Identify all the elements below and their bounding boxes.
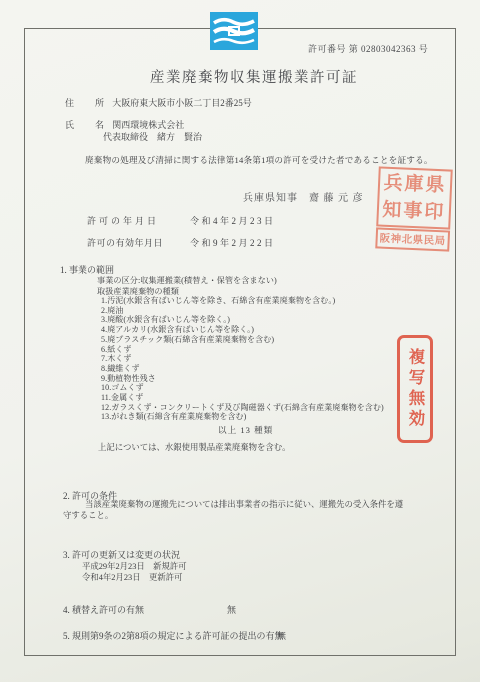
seal-line2: 知事印 <box>382 201 446 223</box>
conditions-body: 当該産業廃棄物の運搬先については排出事業者の指示に従い、運搬先の受入条件を遵守す… <box>63 500 411 521</box>
list-item: 2.廃油 <box>101 306 384 316</box>
waste-types-total: 以上 13 種類 <box>218 424 273 436</box>
copy-invalid-stamp: 複写無効 <box>397 335 433 443</box>
mercury-note: 上記については、水銀使用製品産業廃棄物を含む。 <box>98 441 290 453</box>
section4-heading: 4. 積替え許可の有無 <box>63 603 144 616</box>
list-item: 3.廃酸(水銀含有ばいじん等を除く。) <box>101 315 384 325</box>
valid-date-value: 令和9年2月22日 <box>190 236 276 249</box>
document-title: 産業廃棄物収集運搬業許可証 <box>24 66 480 87</box>
valid-date-label: 許可の有効年月日 <box>87 236 163 249</box>
seal-line1: 兵庫県 <box>383 174 447 196</box>
name-value: 関西環境株式会社 <box>112 120 184 130</box>
permit-number: 許可番号 第 02803042363 号 <box>308 42 428 55</box>
grant-date-value: 令和4年2月23日 <box>190 214 276 227</box>
governor-seal-square: 兵庫県 知事印 <box>376 166 453 229</box>
list-item: 7.木くず <box>101 354 384 364</box>
list-item: 1.汚泥(水銀含有ばいじん等を除き、石綿含有産業廃棄物を含む。) <box>101 296 384 306</box>
list-item: 8.繊維くず <box>101 364 384 374</box>
list-item: 12.ガラスくず・コンクリートくず及び陶磁器くず(石綿含有産業廃棄物を含む) <box>101 403 384 413</box>
waste-types-list: 1.汚泥(水銀含有ばいじん等を除き、石綿含有産業廃棄物を含む。) 2.廃油 3.… <box>101 296 384 422</box>
hyogo-prefecture-logo-icon <box>210 12 258 50</box>
renewal-history-2: 令和4年2月23日 更新許可 <box>82 571 183 583</box>
list-item: 4.廃アルカリ(水銀含有ばいじん等を除く。) <box>101 325 384 335</box>
list-item: 9.動植物性残さ <box>101 374 384 384</box>
business-category: 事業の区分:収集運搬業(積替え・保管を含まない) <box>97 275 277 286</box>
seal-bureau-stamp: 阪神北県民局 <box>375 227 450 251</box>
submission-value: 無 <box>277 629 286 642</box>
representative-line: 代表取締役 緒方 賢治 <box>103 130 202 143</box>
address-value: 大阪府東大阪市小阪二丁目2番25号 <box>112 98 252 108</box>
list-item: 13.がれき類(石綿含有産業廃棄物を含む) <box>101 412 384 422</box>
scanned-permit-page: 許可番号 第 02803042363 号 産業廃棄物収集運搬業許可証 住 所 大… <box>0 0 480 682</box>
holder-address-row: 住 所 大阪府東大阪市小阪二丁目2番25号 <box>65 96 252 109</box>
governor-seal-stamp: 兵庫県 知事印 阪神北県民局 <box>375 166 453 251</box>
list-item: 6.紙くず <box>101 345 384 355</box>
certification-statement: 廃棄物の処理及び清掃に関する法律第14条第1項の許可を受けた者であることを証する… <box>85 154 433 166</box>
transshipment-value: 無 <box>227 603 236 616</box>
governor-name: 兵庫県知事 齋 藤 元 彦 <box>243 189 364 204</box>
list-item: 11.金属くず <box>101 393 384 403</box>
name-label: 氏 名 <box>65 120 110 130</box>
section5-heading: 5. 規則第9条の2第8項の規定による許可証の提出の有無 <box>63 629 284 642</box>
list-item: 5.廃プラスチック類(石綿含有産業廃棄物を含む) <box>101 335 384 345</box>
grant-date-label: 許可の年月日 <box>87 214 159 227</box>
address-label: 住 所 <box>65 98 110 108</box>
list-item: 10.ゴムくず <box>101 383 384 393</box>
